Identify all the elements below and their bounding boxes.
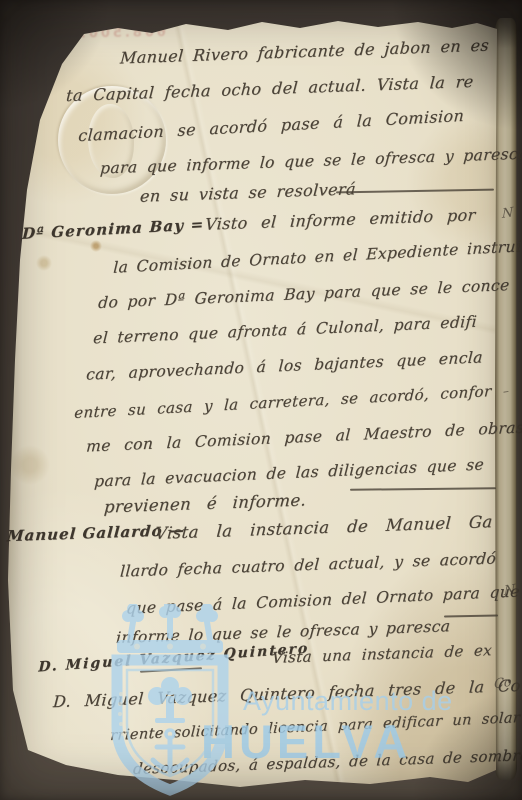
manuscript-line: Manuel Rivero fabricante de jabon en es — [119, 36, 489, 68]
manuscript-line: car, aprovechando á los bajantes que enc… — [86, 348, 484, 383]
entry-rule — [350, 487, 496, 491]
manuscript-line: do por Dª Geronima Bay para que se le co… — [98, 276, 511, 312]
manuscript-line: para la evacuacion de las diligencias qu… — [94, 455, 485, 490]
entry-rule — [444, 615, 498, 618]
manuscript-line: en su vista se resolverá — [139, 179, 356, 206]
manuscript-line: ta Capital fecha ocho del actual. Vista … — [65, 72, 474, 105]
manuscript-line: previenen é informe. — [103, 490, 307, 516]
manuscript-line: entre su casa y la carretera, se acordó,… — [74, 382, 492, 422]
manuscript-line: Visto el informe emitido por — [204, 205, 476, 234]
manuscript-line: la Comision de Ornato en el Expediente i… — [113, 237, 522, 276]
manuscript-line: para que informe lo que se le ofresca y … — [99, 145, 522, 178]
handwriting-layer: Dª Geronima Bay = Manuel Gallardo — D. M… — [0, 0, 522, 800]
manuscript-line: desocupados, á espaldas, de la casa de s… — [132, 746, 522, 778]
manuscript-line: rriente solicitando licencia para edific… — [110, 710, 521, 744]
margin-underline — [140, 667, 202, 672]
archive-photo-scan: 608.500.8 Dª Geronima Bay = Manuel Galla… — [0, 0, 522, 800]
adjacent-page-ink-mark: Co — [494, 675, 512, 693]
manuscript-line: clamacion se acordó pase á la Comision — [78, 106, 465, 145]
manuscript-line: el terreno que afronta á Culonal, para e… — [93, 313, 478, 348]
manuscript-line: me con la Comision pase al Maestro de ob… — [86, 418, 522, 455]
adjacent-page-ink-mark: – — [503, 384, 509, 399]
adjacent-page-ink-mark: N — [502, 205, 513, 222]
entry-rule — [336, 189, 494, 194]
manuscript-line: Vista la instancia de Manuel Ga — [154, 512, 493, 543]
manuscript-line: que pase á la Comision del Ornato para q… — [126, 582, 521, 617]
manuscript-line: D. Miguel Vazquez Quintero fecha tres de… — [52, 676, 521, 711]
margin-note-geronima-bay: Dª Geronima Bay = — [22, 215, 205, 243]
manuscript-line: llardo fecha cuatro del actual, y se aco… — [119, 549, 496, 580]
adjacent-page-ink-mark: N — [504, 582, 515, 599]
